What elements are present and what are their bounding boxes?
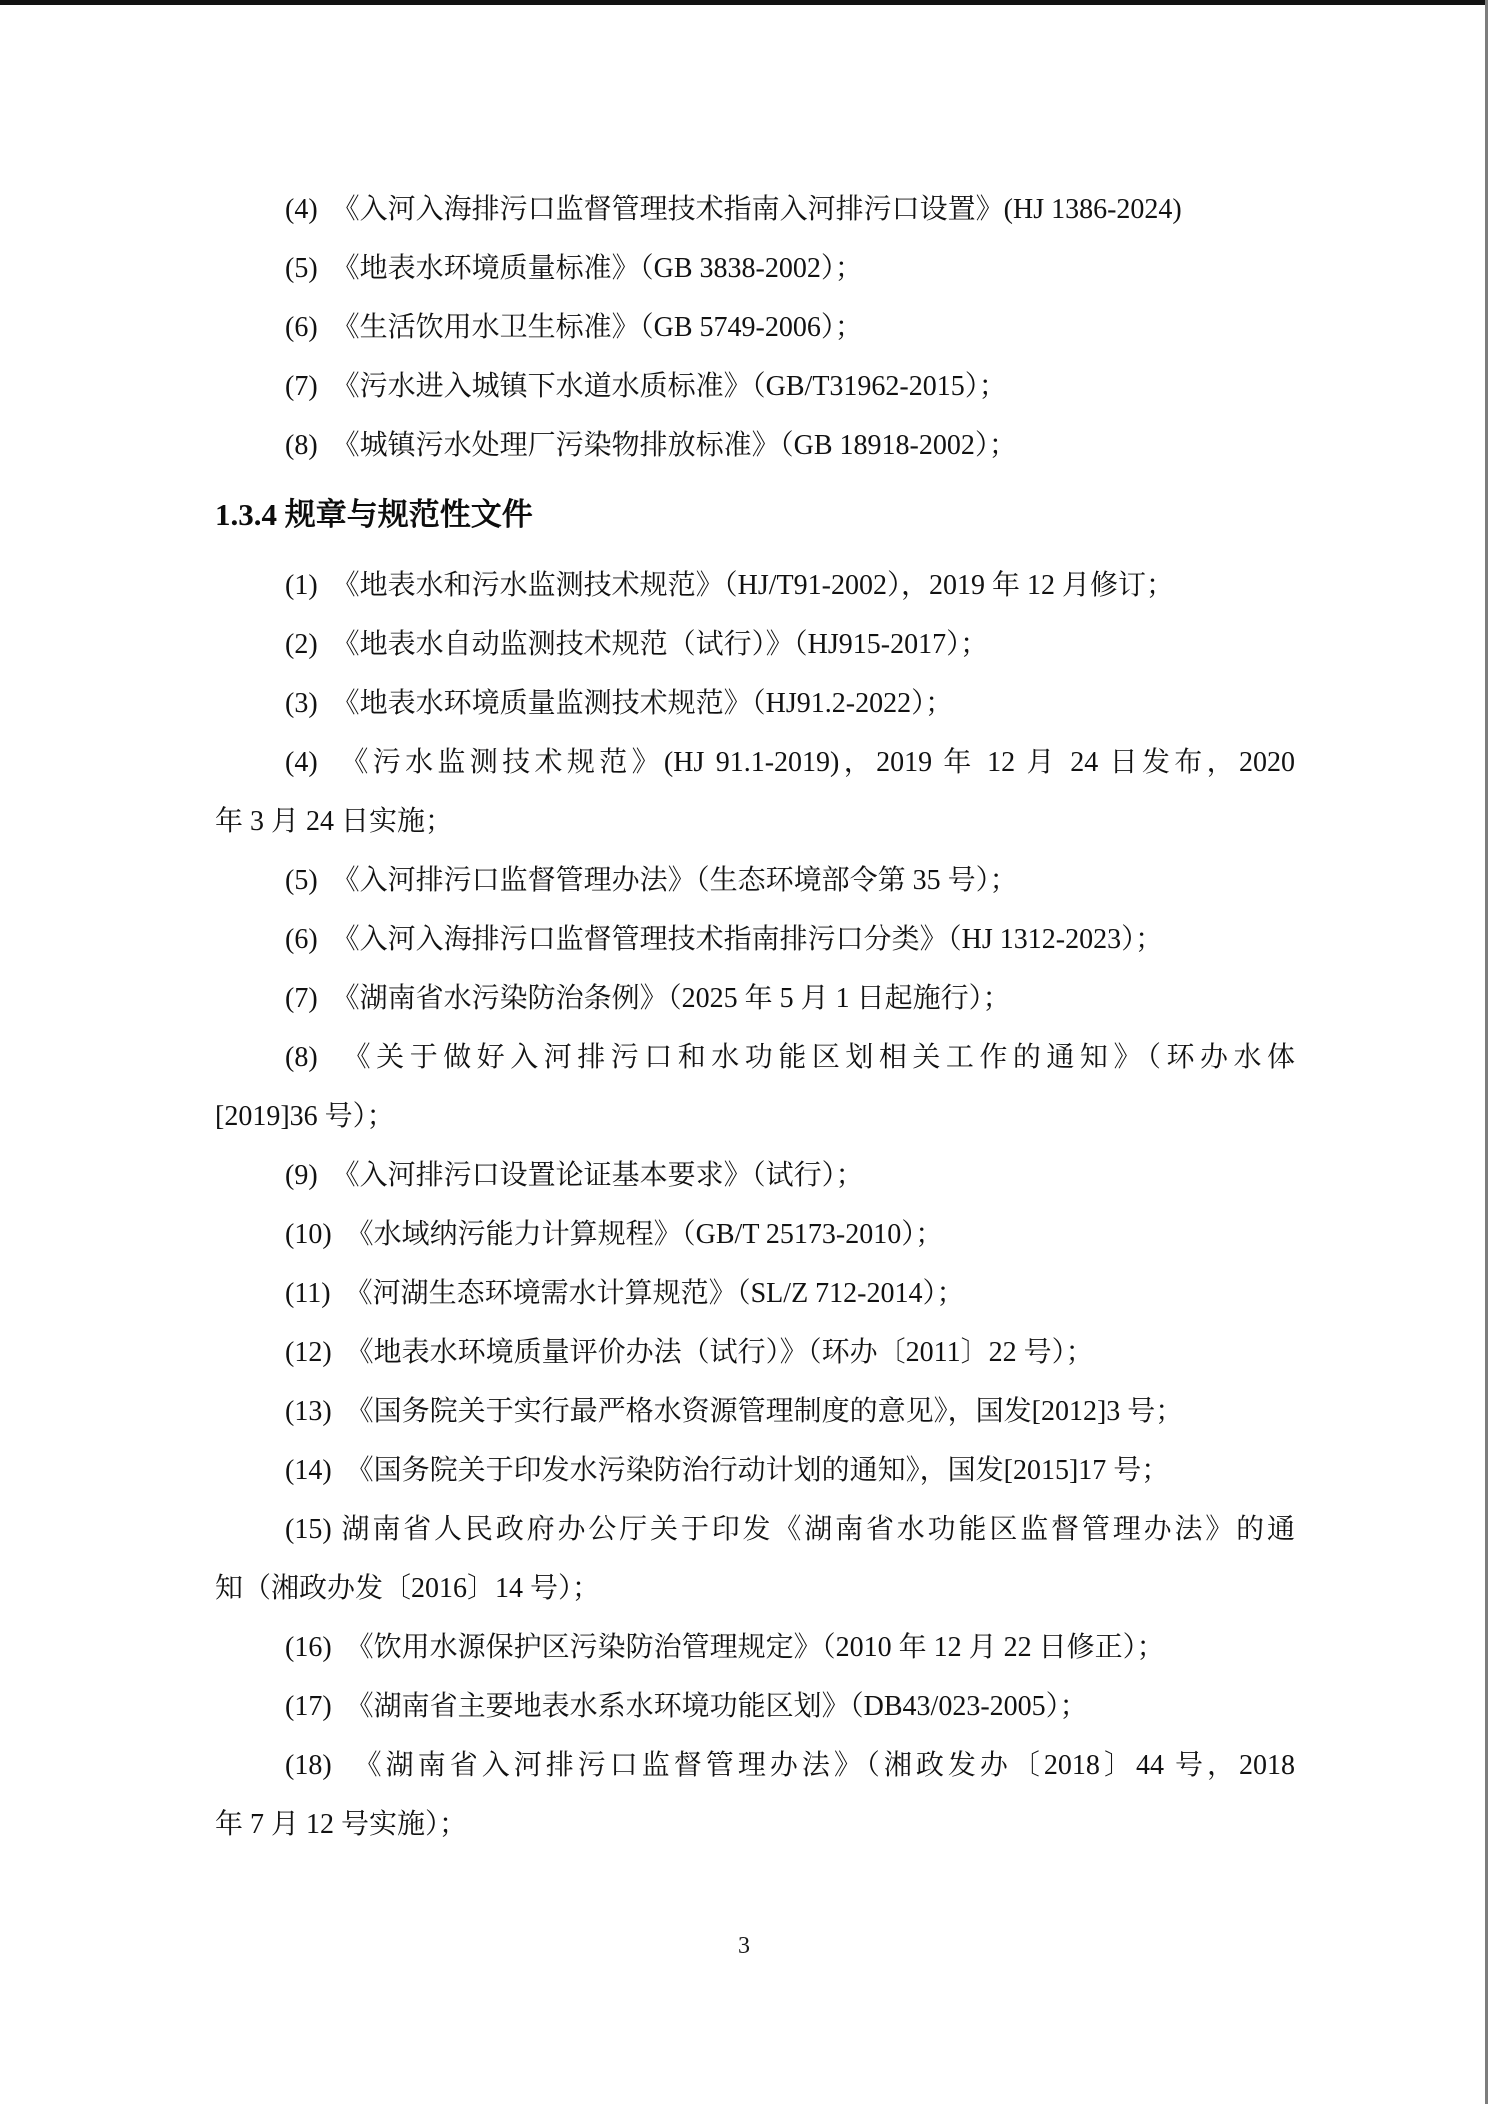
list-item-line: (9) 《入河排污口设置论证基本要求》（试行）；: [215, 1146, 1295, 1205]
list-item-line: (5) 《入河排污口监督管理办法》（生态环境部令第 35 号）；: [215, 851, 1295, 910]
list-item-line: (8) 《关于做好入河排污口和水功能区划相关工作的通知》（环办水体: [215, 1028, 1295, 1087]
list-item-line: (7) 《湖南省水污染防治条例》（2025 年 5 月 1 日起施行）；: [215, 969, 1295, 1028]
list-item: (13) 《国务院关于实行最严格水资源管理制度的意见》，国发[2012]3 号；: [215, 1382, 1295, 1441]
list-item: (15) 湖南省人民政府办公厅关于印发《湖南省水功能区监督管理办法》的通 知（湘…: [215, 1500, 1295, 1618]
list-item-line: (12) 《地表水环境质量评价办法（试行）》（环办〔2011〕22 号）；: [215, 1323, 1295, 1382]
document-page-content: (4) 《入河入海排污口监督管理技术指南入河排污口设置》(HJ 1386-202…: [215, 180, 1295, 1854]
regulations-list-section: (1) 《地表水和污水监测技术规范》（HJ/T91-2002），2019 年 1…: [215, 556, 1295, 1854]
list-item-line: (5) 《地表水环境质量标准》（GB 3838-2002）；: [215, 239, 1295, 298]
list-item-line: (1) 《地表水和污水监测技术规范》（HJ/T91-2002），2019 年 1…: [215, 556, 1295, 615]
list-item-wrap-line: 年 3 月 24 日实施；: [215, 792, 1295, 851]
list-item-wrap-line: 知（湘政办发〔2016〕14 号）；: [215, 1559, 1295, 1618]
list-item: (1) 《地表水和污水监测技术规范》（HJ/T91-2002），2019 年 1…: [215, 556, 1295, 615]
section-heading: 1.3.4 规章与规范性文件: [215, 485, 1295, 544]
list-item-line: (4) 《入河入海排污口监督管理技术指南入河排污口设置》(HJ 1386-202…: [215, 180, 1295, 239]
list-item: (7) 《污水进入城镇下水道水质标准》（GB/T31962-2015）；: [215, 357, 1295, 416]
list-item: (17) 《湖南省主要地表水系水环境功能区划》（DB43/023-2005）；: [215, 1677, 1295, 1736]
list-item-line: (10) 《水域纳污能力计算规程》（GB/T 25173-2010）；: [215, 1205, 1295, 1264]
list-item: (5) 《地表水环境质量标准》（GB 3838-2002）；: [215, 239, 1295, 298]
list-item-wrap-line: 年 7 月 12 号实施）；: [215, 1795, 1295, 1854]
list-item: (4) 《污水监测技术规范》(HJ 91.1-2019)，2019 年 12 月…: [215, 733, 1295, 851]
list-item: (4) 《入河入海排污口监督管理技术指南入河排污口设置》(HJ 1386-202…: [215, 180, 1295, 239]
list-item: (10) 《水域纳污能力计算规程》（GB/T 25173-2010）；: [215, 1205, 1295, 1264]
page-top-border: [0, 0, 1488, 5]
list-item: (8) 《城镇污水处理厂污染物排放标准》（GB 18918-2002）；: [215, 416, 1295, 475]
list-item-line: (18) 《湖南省入河排污口监督管理办法》（湘政发办〔2018〕44 号，201…: [215, 1736, 1295, 1795]
list-item: (3) 《地表水环境质量监测技术规范》（HJ91.2-2022）；: [215, 674, 1295, 733]
list-item: (6) 《生活饮用水卫生标准》（GB 5749-2006）；: [215, 298, 1295, 357]
list-item: (14) 《国务院关于印发水污染防治行动计划的通知》，国发[2015]17 号；: [215, 1441, 1295, 1500]
list-item-line: (2) 《地表水自动监测技术规范（试行）》（HJ915-2017）；: [215, 615, 1295, 674]
list-item-line: (6) 《入河入海排污口监督管理技术指南排污口分类》（HJ 1312-2023）…: [215, 910, 1295, 969]
list-item: (7) 《湖南省水污染防治条例》（2025 年 5 月 1 日起施行）；: [215, 969, 1295, 1028]
list-item: (5) 《入河排污口监督管理办法》（生态环境部令第 35 号）；: [215, 851, 1295, 910]
list-item: (2) 《地表水自动监测技术规范（试行）》（HJ915-2017）；: [215, 615, 1295, 674]
list-item-line: (6) 《生活饮用水卫生标准》（GB 5749-2006）；: [215, 298, 1295, 357]
list-item-line: (4) 《污水监测技术规范》(HJ 91.1-2019)，2019 年 12 月…: [215, 733, 1295, 792]
list-item: (11) 《河湖生态环境需水计算规范》（SL/Z 712-2014）；: [215, 1264, 1295, 1323]
list-item: (18) 《湖南省入河排污口监督管理办法》（湘政发办〔2018〕44 号，201…: [215, 1736, 1295, 1854]
list-item-line: (8) 《城镇污水处理厂污染物排放标准》（GB 18918-2002）；: [215, 416, 1295, 475]
page-number: 3: [0, 1933, 1488, 1960]
list-item-line: (17) 《湖南省主要地表水系水环境功能区划》（DB43/023-2005）；: [215, 1677, 1295, 1736]
list-item: (9) 《入河排污口设置论证基本要求》（试行）；: [215, 1146, 1295, 1205]
list-item-line: (3) 《地表水环境质量监测技术规范》（HJ91.2-2022）；: [215, 674, 1295, 733]
list-item-line: (13) 《国务院关于实行最严格水资源管理制度的意见》，国发[2012]3 号；: [215, 1382, 1295, 1441]
list-item-line: (15) 湖南省人民政府办公厅关于印发《湖南省水功能区监督管理办法》的通: [215, 1500, 1295, 1559]
list-item-line: (16) 《饮用水源保护区污染防治管理规定》（2010 年 12 月 22 日修…: [215, 1618, 1295, 1677]
list-item: (16) 《饮用水源保护区污染防治管理规定》（2010 年 12 月 22 日修…: [215, 1618, 1295, 1677]
standards-list-section: (4) 《入河入海排污口监督管理技术指南入河排污口设置》(HJ 1386-202…: [215, 180, 1295, 475]
list-item-line: (11) 《河湖生态环境需水计算规范》（SL/Z 712-2014）；: [215, 1264, 1295, 1323]
list-item-line: (14) 《国务院关于印发水污染防治行动计划的通知》，国发[2015]17 号；: [215, 1441, 1295, 1500]
list-item: (6) 《入河入海排污口监督管理技术指南排污口分类》（HJ 1312-2023）…: [215, 910, 1295, 969]
list-item-wrap-line: [2019]36 号）；: [215, 1087, 1295, 1146]
list-item: (8) 《关于做好入河排污口和水功能区划相关工作的通知》（环办水体 [2019]…: [215, 1028, 1295, 1146]
list-item-line: (7) 《污水进入城镇下水道水质标准》（GB/T31962-2015）；: [215, 357, 1295, 416]
list-item: (12) 《地表水环境质量评价办法（试行）》（环办〔2011〕22 号）；: [215, 1323, 1295, 1382]
